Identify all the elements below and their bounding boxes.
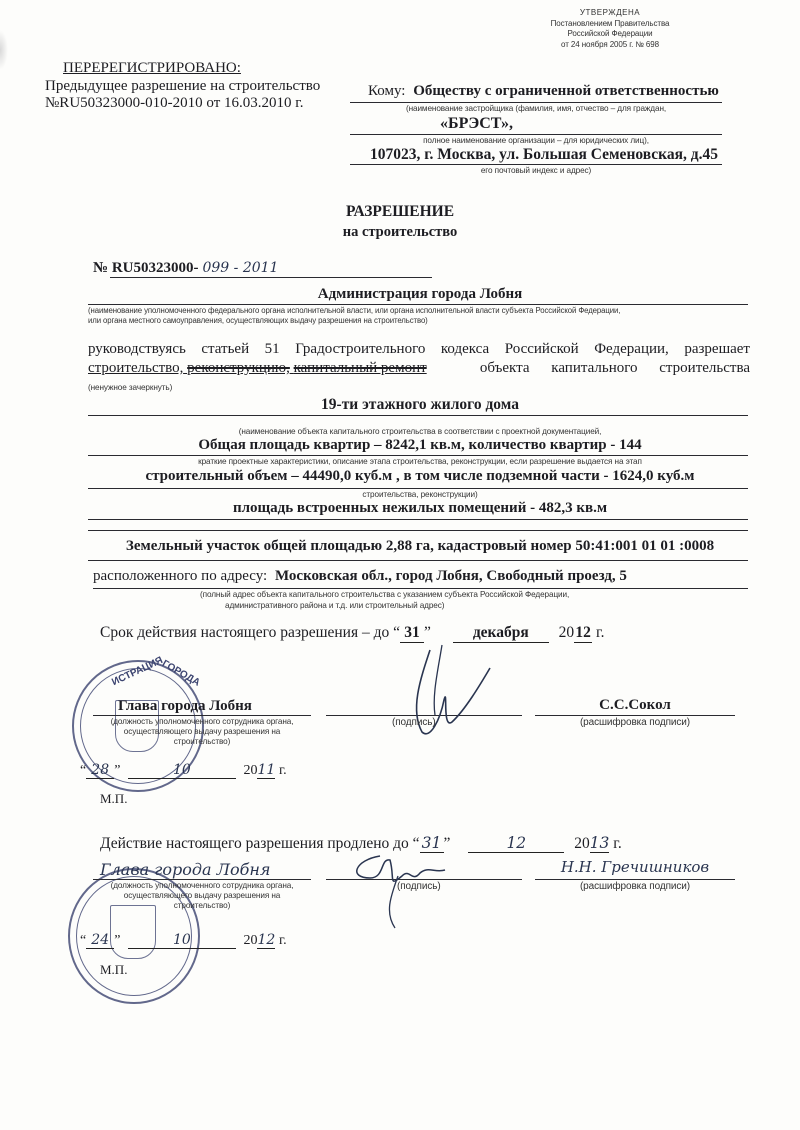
extension-year: 13 <box>590 834 610 853</box>
object-underline-1 <box>88 415 748 416</box>
object-land: Земельный участок общей площадью 2,88 га… <box>80 538 760 555</box>
signature-1-date: “28” 10 2011 г. <box>80 762 287 779</box>
signature-1-name-underline <box>535 715 735 716</box>
object-underline-5 <box>88 530 748 531</box>
signature-2-position-hint: (должность уполномоченного сотрудника ор… <box>93 881 311 911</box>
object-name: 19-ти этажного жилого дома <box>80 396 760 414</box>
location-hint-2: административного района и т.д. или стро… <box>200 601 569 612</box>
signature-1-icon <box>400 640 510 750</box>
recipient-line-1: Кому: Обществу с ограниченной ответствен… <box>368 83 719 100</box>
authority-name: Администрация города Лобня <box>80 286 760 303</box>
extension-month: 12 <box>468 834 564 853</box>
permit-number: № RU50323000-099 - 2011 <box>93 260 278 277</box>
signature-1-year: 11 <box>257 762 275 779</box>
recipient-underline-3 <box>350 164 722 165</box>
signature-1-day: 28 <box>86 762 114 779</box>
authority-hint-2: или органа местного самоуправления, осущ… <box>88 316 758 326</box>
signature-2-month: 10 <box>128 932 236 949</box>
signature-2-position-hint-1: (должность уполномоченного сотрудника ор… <box>93 881 311 891</box>
object-underline-6 <box>88 560 748 561</box>
reregistered-title: ПЕРЕРЕГИСТРИРОВАНО: <box>63 60 241 77</box>
stamp-1-label: М.П. <box>100 791 127 807</box>
signature-2-position-underline <box>93 879 311 880</box>
page-subtitle: на строительство <box>0 224 800 241</box>
signature-2-name-underline <box>535 879 735 880</box>
signature-1-name-hint: (расшифровка подписи) <box>535 717 735 728</box>
signature-1-month: 10 <box>128 762 236 779</box>
object-underline-2 <box>88 455 748 456</box>
body-line-1: руководствуясь статьей 51 Градостроитель… <box>88 341 750 358</box>
signature-2-day: 24 <box>86 932 114 949</box>
body-line-2: строительство, реконструкцию, капитальны… <box>88 360 750 377</box>
validity-text: Срок действия настоящего разрешения – до <box>100 624 389 641</box>
authority-hint: (наименование уполномоченного федерально… <box>88 306 758 326</box>
validity-line: Срок действия настоящего разрешения – до… <box>100 624 605 643</box>
permit-number-handwritten: 099 - 2011 <box>202 260 278 276</box>
signature-2-name: Н.Н. Гречишников <box>535 858 735 876</box>
signature-1-year-suffix: г. <box>279 763 287 778</box>
approval-line-4: от 24 ноября 2005 г. № 698 <box>530 40 690 51</box>
recipient-underline-2 <box>350 134 722 135</box>
object-nonresidential: площадь встроенных нежилых помещений - 4… <box>80 500 760 517</box>
location-line: расположенного по адресу: Московская обл… <box>93 568 627 585</box>
authority-hint-1: (наименование уполномоченного федерально… <box>88 306 758 316</box>
signature-2-year: 12 <box>257 932 275 949</box>
signature-2-icon <box>340 848 470 938</box>
body-line-2-rest: объекта капитального строительства <box>480 360 750 377</box>
object-underline-4 <box>88 519 748 520</box>
signature-2-hint: (подпись) <box>397 881 441 892</box>
recipient-name-2: «БРЭСТ», <box>440 115 513 133</box>
approval-block: УТВЕРЖДЕНА Постановлением Правительства … <box>530 8 690 50</box>
recipient-label: Кому: <box>368 83 405 99</box>
signature-1-position-hint: (должность уполномоченного сотрудника ор… <box>93 717 311 747</box>
extension-suffix: г. <box>613 835 621 852</box>
recipient-address: 107023, г. Москва, ул. Большая Семеновск… <box>370 146 718 164</box>
location-label: расположенного по адресу: <box>93 568 267 584</box>
approval-line-1: УТВЕРЖДЕНА <box>530 8 690 19</box>
location-hint: (полный адрес объекта капитального строи… <box>200 590 569 611</box>
extension-year-prefix: 20 <box>574 835 590 852</box>
approval-line-3: Российской Федерации <box>530 29 690 40</box>
signature-1-position-underline <box>93 715 311 716</box>
signature-2-position-hint-3: строительство) <box>93 901 311 911</box>
object-hint-3: строительства, реконструкции) <box>80 490 760 499</box>
signature-1-year-prefix: 20 <box>243 763 257 778</box>
reregistered-line-2: №RU50323000-010-2010 от 16.03.2010 г. <box>45 95 320 112</box>
signature-1-name: С.С.Сокол <box>535 697 735 714</box>
recipient-underline-1 <box>350 102 722 103</box>
validity-year-prefix: 20 <box>559 624 575 641</box>
body-struck-option-2: капитальный ремонт <box>294 360 427 376</box>
signature-2-year-suffix: г. <box>279 933 287 948</box>
body-struck-option-1: реконструкцию, <box>187 360 290 376</box>
validity-suffix: г. <box>596 624 604 641</box>
validity-year: 12 <box>574 624 592 643</box>
reregistered-block: Предыдущее разрешение на строительство №… <box>45 78 320 112</box>
signature-2-year-prefix: 20 <box>243 933 257 948</box>
authority-underline <box>88 304 748 305</box>
signature-2-date: “24” 10 2012 г. <box>80 932 287 949</box>
recipient-name-1: Обществу с ограниченной ответственностью <box>413 83 719 99</box>
stamp-2-label: М.П. <box>100 962 127 978</box>
location-underline <box>93 588 748 589</box>
recipient-hint-1: (наименование застройщика (фамилия, имя,… <box>350 104 722 113</box>
strike-hint: (ненужное зачеркнуть) <box>88 383 172 392</box>
object-area: Общая площадь квартир – 8242,1 кв.м, кол… <box>80 437 760 454</box>
scan-shadow <box>0 30 8 70</box>
object-underline-3 <box>88 488 748 489</box>
object-volume: строительный объем – 44490,0 куб.м , в т… <box>80 468 760 485</box>
signature-2-position: Глава города Лобня <box>100 860 271 879</box>
signature-2-name-hint: (расшифровка подписи) <box>535 881 735 892</box>
recipient-hint-3: его почтовый индекс и адрес) <box>350 166 722 175</box>
object-hint-1: (наименование объекта капитального строи… <box>80 427 760 436</box>
location-address: Московская обл., город Лобня, Свободный … <box>275 568 627 584</box>
body-kept-option: строительство, <box>88 360 183 376</box>
signature-1-hint: (подпись) <box>392 717 436 728</box>
recipient-hint-2: полное наименование организации – для юр… <box>350 136 722 145</box>
signature-1-position: Глава города Лобня <box>118 698 252 715</box>
signature-1-position-hint-1: (должность уполномоченного сотрудника ор… <box>93 717 311 727</box>
object-hint-2: краткие проектные характеристики, описан… <box>80 457 760 466</box>
reregistered-line-1: Предыдущее разрешение на строительство <box>45 78 320 95</box>
signature-1-position-hint-2: осуществляющего выдачу разрешения на <box>93 727 311 737</box>
permit-number-prefix: № RU50323000- <box>93 260 198 276</box>
page-title: РАЗРЕШЕНИЕ <box>0 203 800 221</box>
approval-line-2: Постановлением Правительства <box>530 19 690 30</box>
location-hint-1: (полный адрес объекта капитального строи… <box>200 590 569 601</box>
signature-1-position-hint-3: строительство) <box>93 737 311 747</box>
signature-2-position-hint-2: осуществляющего выдачу разрешения на <box>93 891 311 901</box>
permit-number-underline <box>110 277 432 278</box>
